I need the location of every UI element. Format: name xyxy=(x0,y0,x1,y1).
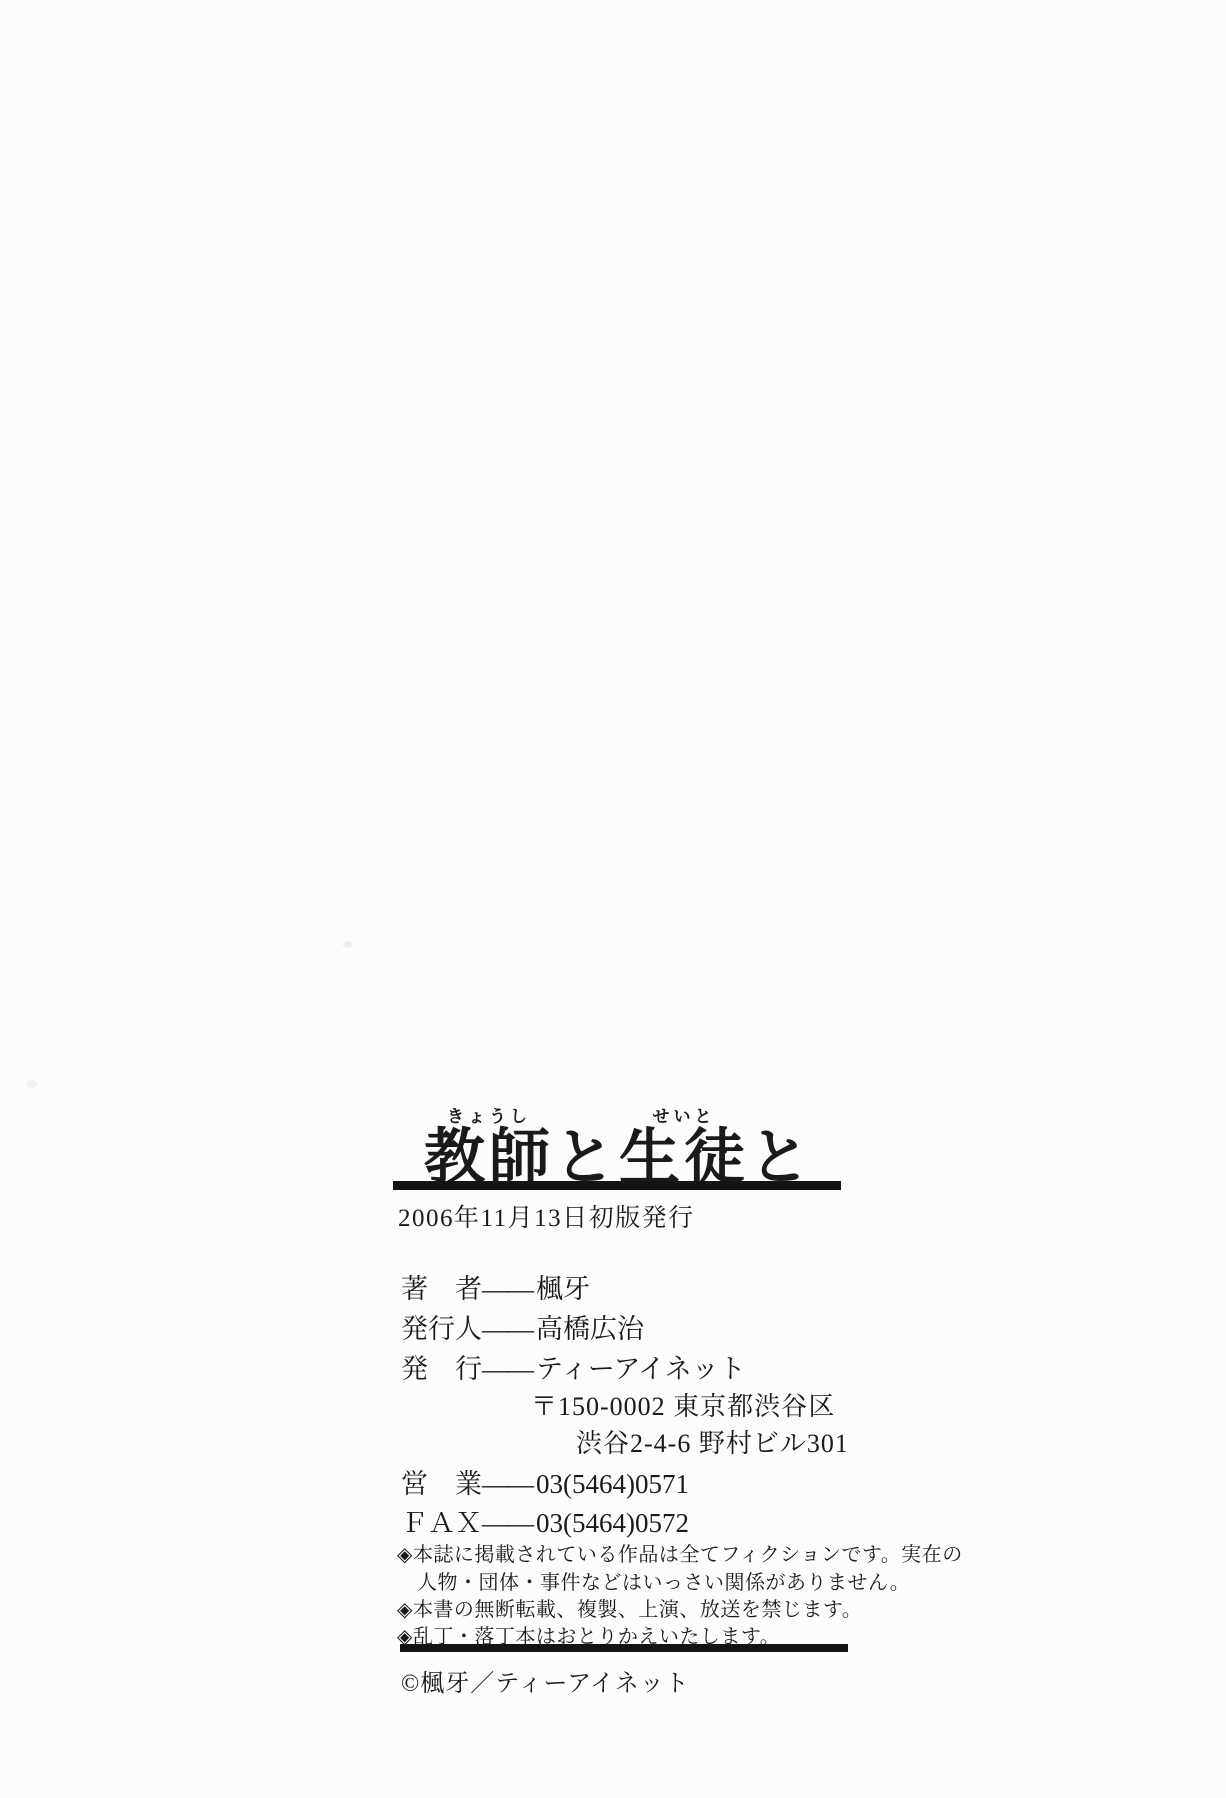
scan-speck xyxy=(26,1080,37,1089)
field-value: 高橋広治 xyxy=(536,1314,644,1344)
row-publisher: 発 行——ティーアイネット xyxy=(401,1347,746,1386)
field-value: 楓牙 xyxy=(536,1274,590,1304)
dash-leader: —— xyxy=(482,1354,532,1384)
dash-leader: —— xyxy=(482,1469,532,1499)
publisher-address-line1: 〒150-0002 東京都渋谷区 xyxy=(531,1386,835,1423)
field-label: 著 者 xyxy=(401,1274,482,1304)
notice-fiction-line2: 人物・団体・事件などはいっさい関係がありません。 xyxy=(417,1566,910,1595)
title-divider-rule xyxy=(393,1181,841,1190)
publisher-address-line2: 渋谷2-4-6 野村ビル301 xyxy=(576,1423,849,1460)
field-label: 発行人 xyxy=(401,1314,482,1344)
dash-leader: —— xyxy=(482,1274,532,1304)
scan-speck xyxy=(343,941,352,948)
field-value: ティーアイネット xyxy=(536,1354,746,1384)
bottom-divider-rule xyxy=(400,1644,848,1652)
colophon-page: 教師きょうしと生徒せいとと 2006年11月13日初版発行 著 者——楓牙 発行… xyxy=(0,0,1226,1798)
notice-no-reproduction: ◈本書の無断転載、複製、上演、放送を禁じます。 xyxy=(397,1593,862,1622)
book-title: 教師きょうしと生徒せいとと xyxy=(424,1107,814,1192)
copyright-line: ©楓牙／ティーアイネット xyxy=(401,1663,690,1698)
dash-leader: —— xyxy=(482,1314,532,1344)
row-sales-phone: 営 業——03(5464)0571 xyxy=(401,1462,689,1501)
notice-fiction-line1: ◈本誌に掲載されている作品は全てフィクションです。実在の xyxy=(397,1538,963,1567)
field-value: 03(5464)0571 xyxy=(536,1469,689,1499)
field-label: 発 行 xyxy=(401,1354,482,1384)
row-author: 著 者——楓牙 xyxy=(401,1267,590,1306)
field-label: ＦＡＸ xyxy=(401,1508,482,1538)
row-publisher-person: 発行人——高橋広治 xyxy=(401,1307,644,1346)
publication-date: 2006年11月13日初版発行 xyxy=(398,1198,695,1234)
row-fax: ＦＡＸ——03(5464)0572 xyxy=(401,1501,689,1540)
dash-leader: —— xyxy=(482,1508,532,1538)
field-value: 03(5464)0572 xyxy=(536,1508,689,1538)
field-label: 営 業 xyxy=(401,1469,482,1499)
